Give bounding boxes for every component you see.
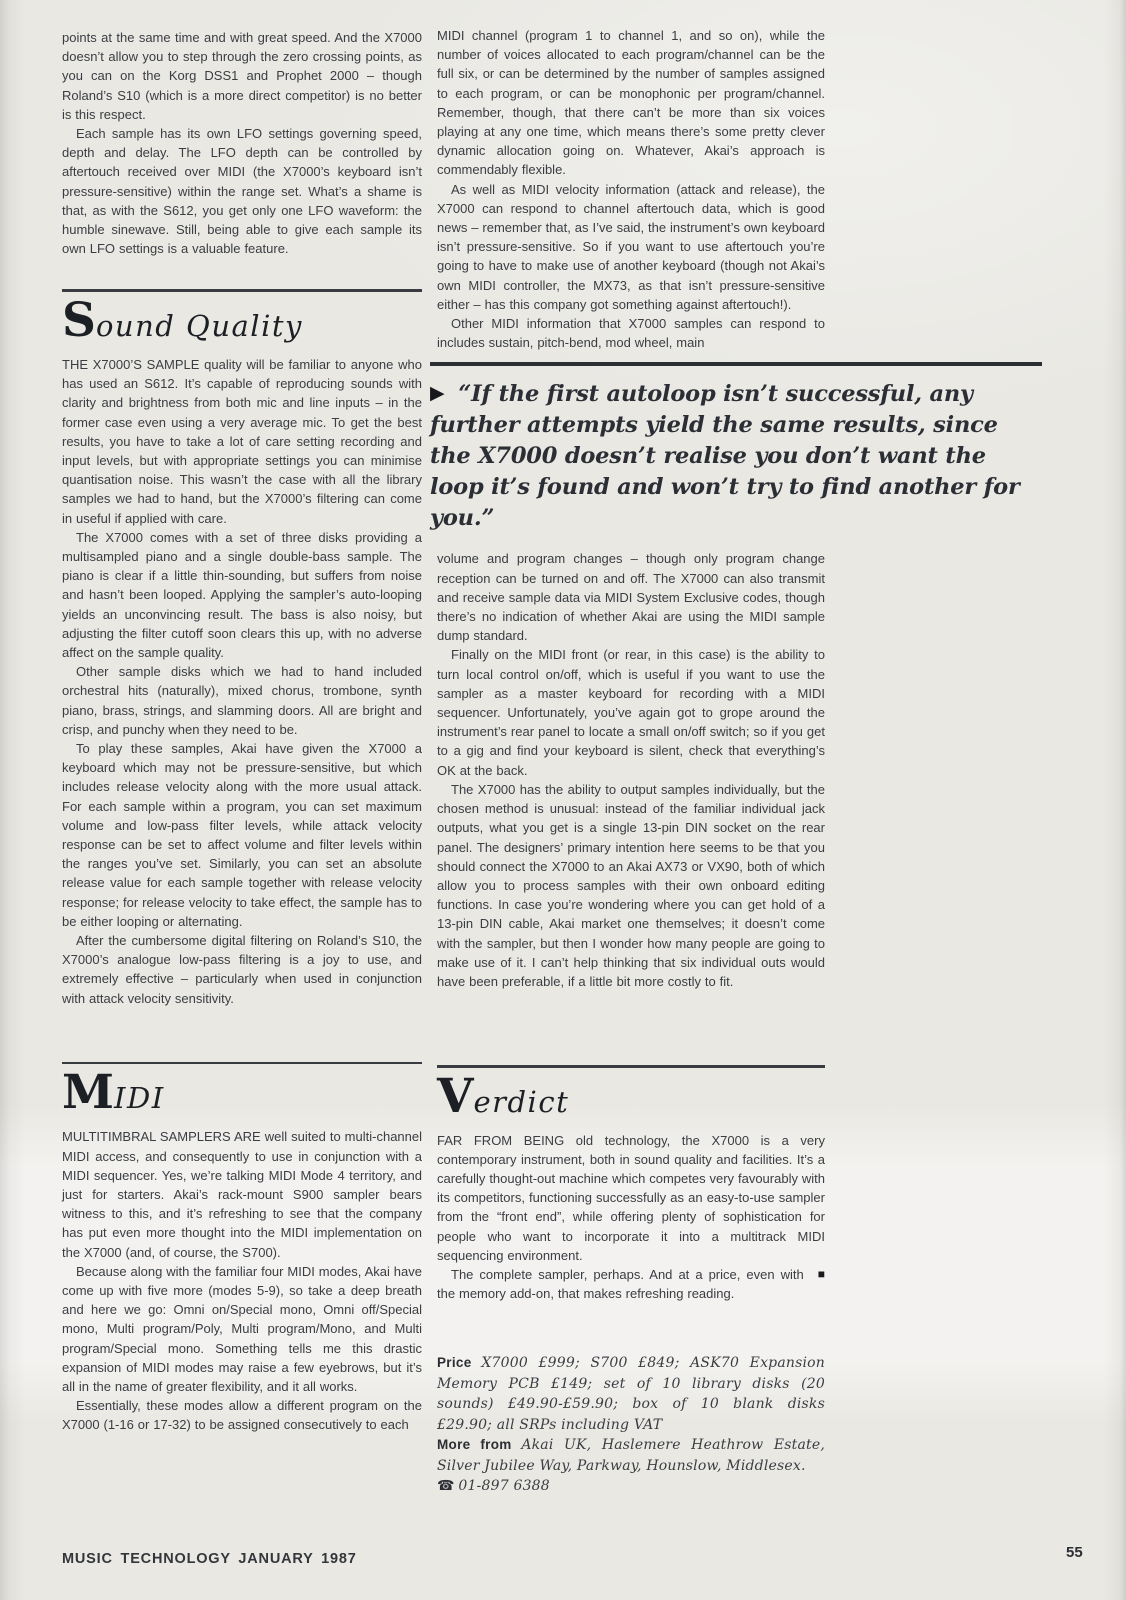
price-label: Price	[437, 1355, 472, 1370]
heading-initial-cap: V	[437, 1069, 473, 1124]
heading-text: IDI	[114, 1081, 165, 1115]
paragraph: Each sample has its own LFO settings gov…	[62, 124, 422, 258]
phone-number: 01-897 6388	[458, 1478, 550, 1494]
paragraph: To play these samples, Akai have given t…	[62, 739, 422, 931]
section-heading-midi: MIDI	[62, 1078, 422, 1115]
paragraph: points at the same time and with great s…	[62, 28, 422, 124]
paragraph: The X7000 has the ability to output samp…	[437, 780, 825, 991]
paragraph: After the cumbersome digital filtering o…	[62, 931, 422, 1008]
right-column: MIDI channel (program 1 to channel 1, an…	[437, 26, 825, 1497]
heading-text: ound Quality	[96, 309, 303, 343]
section-midi: MIDI MULTITIMBRAL SAMPLERS ARE well suit…	[62, 1062, 422, 1435]
more-from-line: More from Akai UK, Haslemere Heathrow Es…	[437, 1435, 825, 1476]
section-heading-verdict: Verdict	[437, 1082, 825, 1119]
pull-quote-body: “If the first autoloop isn’t successful,…	[430, 381, 1020, 531]
paragraph: FAR FROM BEING old technology, the X7000…	[437, 1131, 825, 1265]
paragraph: Finally on the MIDI front (or rear, in t…	[437, 645, 825, 779]
magazine-footer: MUSIC TECHNOLOGY JANUARY 1987	[62, 1551, 357, 1567]
paragraph-text: The complete sampler, perhaps. And at a …	[437, 1267, 804, 1301]
heading-text: erdict	[473, 1085, 569, 1119]
heading-initial-cap: M	[62, 1065, 114, 1120]
price-text: X7000 £999; S700 £849; ASK70 Expansion M…	[437, 1355, 825, 1433]
page-number: 55	[1066, 1544, 1083, 1561]
section-divider	[62, 289, 422, 292]
section-sound-quality: Sound Quality THE X7000’S SAMPLE quality…	[62, 289, 422, 1007]
section-divider	[62, 1062, 422, 1065]
more-from-label: More from	[437, 1437, 512, 1452]
paragraph: Essentially, these modes allow a differe…	[62, 1396, 422, 1434]
paragraph: MIDI channel (program 1 to channel 1, an…	[437, 26, 825, 180]
section-verdict: Verdict FAR FROM BEING old technology, t…	[437, 1065, 825, 1303]
pull-quote-text: ▶“If the first autoloop isn’t successful…	[430, 378, 1042, 534]
paragraph: Other MIDI information that X7000 sample…	[437, 314, 825, 352]
heading-initial-cap: S	[62, 293, 96, 348]
section-divider	[437, 1065, 825, 1068]
paragraph: The X7000 comes with a set of three disk…	[62, 528, 422, 662]
section-heading-sound-quality: Sound Quality	[62, 306, 422, 343]
paragraph: Other sample disks which we had to hand …	[62, 662, 422, 739]
paragraph: As well as MIDI velocity information (at…	[437, 180, 825, 314]
pull-quote: ▶“If the first autoloop isn’t successful…	[430, 362, 1042, 534]
price-line: Price X7000 £999; S700 £849; ASK70 Expan…	[437, 1353, 825, 1435]
paragraph: Because along with the familiar four MID…	[62, 1262, 422, 1396]
left-column: points at the same time and with great s…	[62, 28, 422, 1435]
paragraph: ■The complete sampler, perhaps. And at a…	[437, 1265, 825, 1303]
phone-line: ☎ 01-897 6388	[437, 1476, 825, 1497]
paragraph: volume and program changes – though only…	[437, 549, 825, 645]
price-info-block: Price X7000 £999; S700 £849; ASK70 Expan…	[437, 1353, 825, 1497]
pull-quote-rule	[430, 362, 1042, 366]
telephone-icon: ☎	[437, 1478, 454, 1494]
end-of-article-mark: ■	[804, 1265, 825, 1284]
magazine-page: points at the same time and with great s…	[0, 0, 1126, 1600]
paragraph: THE X7000’S SAMPLE quality will be famil…	[62, 355, 422, 528]
arrow-right-icon: ▶	[430, 382, 444, 404]
paragraph: MULTITIMBRAL SAMPLERS ARE well suited to…	[62, 1127, 422, 1261]
